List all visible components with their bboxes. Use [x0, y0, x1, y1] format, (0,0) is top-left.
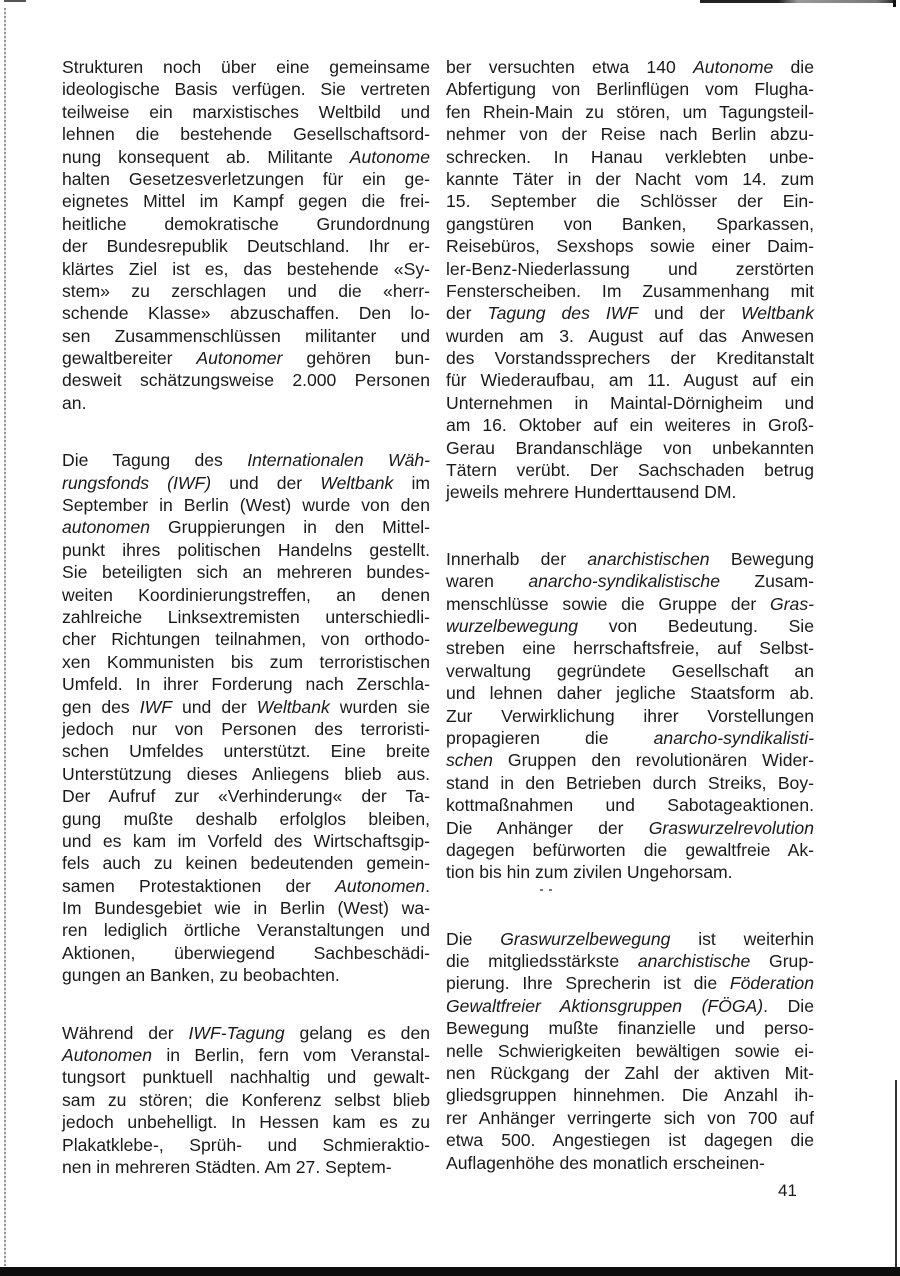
scan-speck [549, 889, 552, 891]
text-line: nen Rückgang der Zahl der aktiven Mit- [446, 1062, 814, 1084]
text-line: schen Umfeldes unterstützt. Eine breite [62, 740, 430, 762]
text-line: halten Gesetzesverletzungen für ein ge- [62, 168, 430, 190]
text-line: jedoch nur von Personen des terroristi- [62, 718, 430, 740]
text-line: September in Berlin (West) wurde von den [62, 494, 430, 516]
text-line: nung konsequent ab. Militante Autonome [62, 146, 430, 168]
text-line: pierung. Ihre Sprecherin ist die Föderat… [446, 972, 814, 994]
text-line: fels auch zu keinen bedeutenden gemein- [62, 852, 430, 874]
text-line: punkt ihres politischen Handelns gestell… [62, 539, 430, 561]
text-line: sen Zusammenschlüssen militanter und [62, 325, 430, 347]
text-line: der Tagung des IWF und der Weltbank [446, 302, 814, 324]
text-line: Umfeld. In ihrer Forderung nach Zerschla… [62, 673, 430, 695]
paragraph: Während der IWF-Tagung gelang es denAuto… [62, 1022, 430, 1179]
paragraph: Strukturen noch über eine gemeinsameideo… [62, 56, 430, 414]
paragraph: Die Graswurzelbewegung ist weiterhindie … [446, 928, 814, 1174]
text-line: fen Rhein-Main zu stören, um Tagungsteil… [446, 101, 814, 123]
text-line: nehmer von der Reise nach Berlin abzu- [446, 123, 814, 145]
text-line: Zur Verwirklichung ihrer Vorstellungen [446, 705, 814, 727]
text-line: Unternehmen in Maintal-Dörnigheim und [446, 392, 814, 414]
text-line: Bewegung mußte finanzielle und perso- [446, 1017, 814, 1039]
scan-bottom-edge [0, 1267, 900, 1276]
text-line: ideologische Basis verfügen. Sie vertret… [62, 78, 430, 100]
text-line: zahlreiche Linksextremisten unterschiedl… [62, 606, 430, 628]
scan-left-edge [4, 8, 6, 1266]
text-line: gen des IWF und der Weltbank wurden sie [62, 696, 430, 718]
text-line: gungen an Banken, zu beobachten. [62, 964, 430, 986]
text-line: der Bundesrepublik Deutschland. Ihr er- [62, 235, 430, 257]
text-line: und lehnen daher jegliche Staatsform ab. [446, 682, 814, 704]
text-line: für Wiederaufbau, am 11. August auf ein [446, 369, 814, 391]
text-line: wurzelbewegung von Bedeutung. Sie [446, 615, 814, 637]
text-line: jedoch unbehelligt. In Hessen kam es zu [62, 1111, 430, 1133]
text-line: lehnen die bestehende Gesellschaftsord- [62, 123, 430, 145]
text-line: rer Anhänger verringerte sich von 700 au… [446, 1107, 814, 1129]
text-line: sam zu stören; die Konferenz selbst blie… [62, 1089, 430, 1111]
text-line: Abfertigung von Berlinflügen vom Flugha- [446, 78, 814, 100]
text-line: ren lediglich örtliche Veranstaltungen u… [62, 919, 430, 941]
text-line: weiten Koordinierungstreffen, an denen [62, 584, 430, 606]
text-line: Sie beteiligten sich an mehreren bundes- [62, 561, 430, 583]
text-line: kottmaßnahmen und Sabotageaktionen. [446, 794, 814, 816]
text-line: nen in mehreren Städten. Am 27. Septem- [62, 1156, 430, 1178]
text-line: schende Klasse» abzuschaffen. Den lo- [62, 302, 430, 324]
right-column: ber versuchten etwa 140 Autonome dieAbfe… [446, 56, 814, 1174]
text-line: Die Graswurzelbewegung ist weiterhin [446, 928, 814, 950]
text-line: des Vorstandssprechers der Kreditanstalt [446, 347, 814, 369]
text-line: gewaltbereiter Autonomer gehören bun- [62, 347, 430, 369]
paragraph: Die Tagung des Internationalen Wäh-rungs… [62, 449, 430, 986]
text-line: Gerau Brandanschläge von unbekannten [446, 437, 814, 459]
text-line: am 16. Oktober auf ein weiteres in Groß- [446, 414, 814, 436]
text-line: schen Gruppen den revolutionären Wider- [446, 749, 814, 771]
text-line: ler-Benz-Niederlassung und zerstörten [446, 258, 814, 280]
text-line: stand in den Betrieben durch Streiks, Bo… [446, 772, 814, 794]
text-line: dagegen befürworten die gewaltfreie Ak- [446, 839, 814, 861]
text-line: teilweise ein marxistisches Weltbild und [62, 101, 430, 123]
text-line: Tätern verübt. Der Sachschaden betrug [446, 459, 814, 481]
text-line: verwaltung gegründete Gesellschaft an [446, 660, 814, 682]
text-line: gliedsgruppen hinnehmen. Die Anzahl ih- [446, 1084, 814, 1106]
text-line: rungsfonds (IWF) und der Weltbank im [62, 472, 430, 494]
text-line: 15. September die Schlösser der Ein- [446, 190, 814, 212]
text-line: samen Protestaktionen der Autonomen. [62, 875, 430, 897]
paragraph: Innerhalb der anarchistischen Bewegungwa… [446, 548, 814, 884]
text-line: ber versuchten etwa 140 Autonome die [446, 56, 814, 78]
text-line: etwa 500. Angestiegen ist dagegen die [446, 1129, 814, 1151]
text-line: Der Aufruf zur «Verhinderung« der Ta- [62, 785, 430, 807]
text-line: tungsort punktuell nachhaltig und gewalt… [62, 1066, 430, 1088]
text-line: die mitgliedsstärkste anarchistische Gru… [446, 950, 814, 972]
text-line: Die Tagung des Internationalen Wäh- [62, 449, 430, 471]
scan-top-right-edge [700, 0, 896, 3]
left-column: Strukturen noch über eine gemeinsameideo… [62, 56, 430, 1178]
scan-speck [540, 889, 543, 891]
text-line: Plakatklebe-, Sprüh- und Schmieraktio- [62, 1134, 430, 1156]
text-line: Aktionen, überwiegend Sachbeschädi- [62, 942, 430, 964]
text-line: heitliche demokratische Grundordnung [62, 213, 430, 235]
text-line: Unterstützung dieses Anliegens blieb aus… [62, 763, 430, 785]
text-line: Strukturen noch über eine gemeinsame [62, 56, 430, 78]
text-line: tion bis hin zum zivilen Ungehorsam. [446, 861, 814, 883]
text-line: menschlüsse sowie die Gruppe der Gras- [446, 593, 814, 615]
text-line: propagieren die anarcho-syndikalisti- [446, 727, 814, 749]
text-line: Auflagenhöhe des monatlich erscheinen- [446, 1152, 814, 1174]
text-line: Autonomen in Berlin, fern vom Veranstal- [62, 1044, 430, 1066]
document-page: Strukturen noch über eine gemeinsameideo… [0, 0, 900, 1276]
scan-right-edge [895, 1080, 897, 1270]
text-line: Während der IWF-Tagung gelang es den [62, 1022, 430, 1044]
text-line: schrecken. In Hanau verklebten unbe- [446, 146, 814, 168]
text-line: wurden am 3. August auf das Anwesen [446, 325, 814, 347]
text-line: autonomen Gruppierungen in den Mittel- [62, 516, 430, 538]
text-line: und es kam im Vorfeld des Wirtschaftsgip… [62, 830, 430, 852]
text-line: klärtes Ziel ist es, das bestehende «Sy- [62, 258, 430, 280]
text-line: cher Richtungen teilnahmen, von orthodo- [62, 628, 430, 650]
text-line: Innerhalb der anarchistischen Bewegung [446, 548, 814, 570]
text-line: Die Anhänger der Graswurzelrevolution [446, 817, 814, 839]
text-line: Fensterscheiben. Im Zusammenhang mit [446, 280, 814, 302]
text-line: jeweils mehrere Hunderttausend DM. [446, 481, 814, 503]
text-line: Gewaltfreier Aktionsgruppen (FÖGA). Die [446, 995, 814, 1017]
text-line: desweit schätzungsweise 2.000 Personen [62, 369, 430, 391]
text-line: an. [62, 392, 430, 414]
text-line: Im Bundesgebiet wie in Berlin (West) wa- [62, 897, 430, 919]
text-line: waren anarcho-syndikalistische Zusam- [446, 570, 814, 592]
text-line: Reisebüros, Sexshops sowie einer Daim- [446, 235, 814, 257]
text-line: stem» zu zerschlagen und die «herr- [62, 280, 430, 302]
text-line: xen Kommunisten bis zum terroristischen [62, 651, 430, 673]
page-number: 41 [778, 1181, 797, 1201]
scan-top-right-tick [893, 0, 896, 7]
text-line: gangstüren von Banken, Sparkassen, [446, 213, 814, 235]
paragraph: ber versuchten etwa 140 Autonome dieAbfe… [446, 56, 814, 504]
text-line: gung mußte deshalb erfolglos bleiben, [62, 808, 430, 830]
text-line: nelle Schwierigkeiten bewältigen sowie e… [446, 1040, 814, 1062]
text-line: streben eine herrschaftsfreie, auf Selbs… [446, 637, 814, 659]
text-line: kannte Täter in der Nacht vom 14. zum [446, 168, 814, 190]
text-line: eignetes Mittel im Kampf gegen die frei- [62, 190, 430, 212]
scan-top-left-mark [4, 0, 26, 2]
